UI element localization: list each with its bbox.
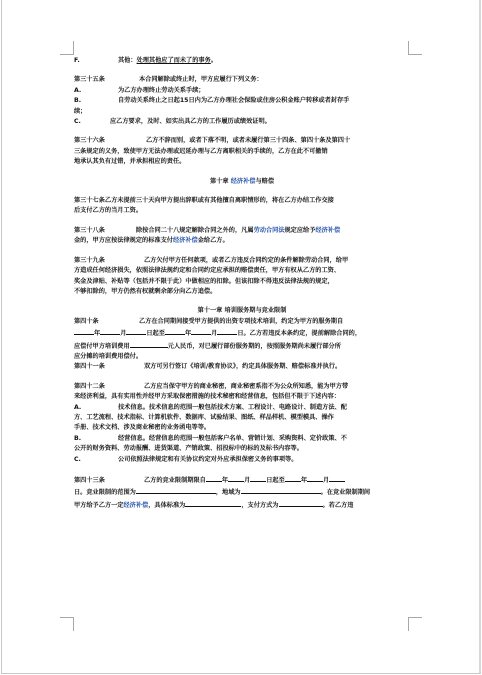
blank-field-month[interactable] <box>191 327 211 335</box>
article-text-line: 金的，甲方应按法律规定的标准支付经济补偿金给乙方。 <box>74 236 410 246</box>
article-text: 乙方不辞而别，或者下落不明，或者未履行第三十四条、第四十条及第四十 <box>146 137 350 144</box>
margin-corner-mark-bottom-right <box>408 617 422 631</box>
article-text: 应偿付甲方培训费用 <box>74 343 130 350</box>
article-37: 第三十七条乙方未提前三十天向甲方提出辞职或有其他擅自离职情形的，将在乙方办结工作… <box>74 196 410 206</box>
article-title: 第三十九条 <box>74 256 144 266</box>
article-text: 。在竞业限制期间 <box>321 489 371 496</box>
label-day: 日起至 <box>146 330 165 337</box>
article-text: 双方可另行签订《培训/教育协议》，约定具体服务期、赔偿标准并执行。 <box>144 363 341 370</box>
article-text: 乙方欠付甲方任何款项，或者乙方违反合同约定的条件解除劳动合同，给甲 <box>144 257 348 264</box>
list-marker: F. <box>74 56 118 66</box>
item-text: 公司依照法律规定和有关协议约定对外应承担保密义务的事项等。 <box>118 456 297 463</box>
article-text-line: 应分摊的培训费用偿付。 <box>74 352 410 362</box>
article-text-line: 不够扣除的，甲方仍然有权就剩余部分向乙方追偿。 <box>74 287 410 297</box>
item-text: 应乙方要求，及时、如实出具乙方的工作履历或绩效证明。 <box>110 118 271 125</box>
list-item-B-cont: 续； <box>74 107 410 117</box>
article-text: 除按合同二十八规定解除合同之外的，凡属 <box>136 227 254 234</box>
document-body[interactable]: F.其他：处理其他应了而未了的事务。 第三十五条本合同解除或终止时，甲方应履行下… <box>74 56 410 511</box>
article-title: 第三十八条 <box>74 226 136 236</box>
item-text: 技术信息。技术信息的范围一般包括技术方案、工程设计、电路设计、制造方法、配 <box>118 404 347 411</box>
article-text-line: 地承认其负有过错，并承担相应的责任。 <box>74 157 410 167</box>
blank-field-day[interactable] <box>329 474 345 482</box>
heading-text: 与赔偿 <box>255 178 274 185</box>
list-item-C: C.公司依照法律规定和有关协议约定对外应承担保密义务的事项等。 <box>74 455 410 465</box>
article-text: 后支付乙方的当月工资。 <box>74 207 142 214</box>
item-text: 自劳动关系终止之日起15日内为乙方办理社会保险或住房公积金账户转移或者封存手 <box>118 97 349 104</box>
hyperlink-economic-compensation[interactable]: 经济补偿 <box>124 502 149 509</box>
article-43: 第四十三条乙方的竞业限制期限自年月日起至年月 <box>74 474 410 486</box>
article-41: 第四十一条双方可另行签订《培训/教育协议》，约定具体服务期、赔偿标准并执行。 <box>74 362 410 372</box>
article-36: 第三十六条乙方不辞而别，或者下落不明，或者未履行第三十四条、第四十条及第四十 <box>74 136 410 146</box>
list-marker: C. <box>74 455 118 465</box>
item-text: 公开的财务资料、劳动报酬、进货渠道、产销政策、招投标中的标的及标书内容等。 <box>74 445 303 452</box>
article-text: 元人民币，对已履行部份服务期的，按照服务期尚未履行部分所 <box>168 343 341 350</box>
list-item-F: F.其他：处理其他应了而未了的事务。 <box>74 56 410 66</box>
article-text: 乙方在合同期间接受甲方提供的出资专项技术培训，约定为甲方的服务期自 <box>139 318 343 325</box>
list-marker: B. <box>74 434 118 444</box>
hyperlink-labor-contract-law[interactable]: 劳动合同法 <box>254 227 285 234</box>
hyperlink-economic-compensation[interactable]: 经济补偿 <box>173 237 198 244</box>
article-text: 规定应给予 <box>285 227 316 234</box>
list-marker: B. <box>74 96 118 106</box>
article-title: 第三十五条 <box>74 75 139 85</box>
blank-field-scope[interactable] <box>136 486 216 494</box>
article-text: 方造成任何经济损失，依照法律法规约定和合同约定应承担的赔偿责任，甲方有权从乙方的… <box>74 267 340 274</box>
item-text-line: 手册、技术文档、涉及商业秘密的业务函电等等。 <box>74 423 410 433</box>
article-title: 第三十六条 <box>74 136 146 146</box>
blank-field-training-fee[interactable] <box>130 340 168 348</box>
article-text: ，地域为 <box>216 489 241 496</box>
list-marker: A. <box>74 403 118 413</box>
article-text: ，具体标准为 <box>148 502 185 509</box>
item-text-line: 方、工艺流程、技术指标、计算机软件、数据库、试验结果、图纸、样品样机、模型模具、… <box>74 413 410 423</box>
chapter-heading-10: 第十章 经济补偿与赔偿 <box>74 177 410 187</box>
article-text: 来经济利益，具有实用性并经甲方采取保密措施的技术秘密和经营信息，包括但不限于下述… <box>74 393 340 400</box>
blank-field-standard[interactable] <box>185 499 241 507</box>
page-edge-right <box>479 0 481 674</box>
article-text: 不够扣除的，甲方仍然有权就剩余部分向乙方追偿。 <box>74 288 216 295</box>
article-text: 第三十七条乙方未提前三十天向甲方提出辞职或有其他擅自离职情形的，将在乙方办结工作… <box>74 197 334 204</box>
article-35: 第三十五条本合同解除或终止时，甲方应履行下列义务： <box>74 75 410 85</box>
article-39: 第三十九条乙方欠付甲方任何款项，或者乙方违反合同约定的条件解除劳动合同，给甲 <box>74 256 410 266</box>
blank-field-year[interactable] <box>206 474 222 482</box>
list-marker: C. <box>74 117 110 127</box>
article-text: 金给乙方。 <box>198 237 229 244</box>
article-text: 应分摊的培训费用偿付。 <box>74 353 142 360</box>
article-text: 甲方给予乙方一定 <box>74 502 124 509</box>
blank-field-month[interactable] <box>307 474 323 482</box>
item-suffix: 。 <box>211 57 217 64</box>
article-38: 第三十八条除按合同二十八规定解除合同之外的，凡属劳动合同法规定应给予经济补偿 <box>74 226 410 236</box>
article-text-line: 日。竞业限制的范围为，地域为。在竞业限制期间 <box>74 486 410 498</box>
blank-field-month[interactable] <box>228 474 244 482</box>
blank-field-region[interactable] <box>241 486 321 494</box>
item-text: 为乙方办理终止劳动关系手续； <box>118 87 205 94</box>
list-item-B: B.经营信息。经营信息的范围一般包括客户名单、营销计划、采购资料、定价政策、不 <box>74 434 410 444</box>
article-text-line: 来经济利益，具有实用性并经甲方采取保密措施的技术秘密和经营信息，包括但不限于下述… <box>74 392 410 402</box>
article-42: 第四十二条乙方应当保守甲方的商业秘密，商业秘密系指不为公众所知悉，能为甲方带 <box>74 382 410 392</box>
item-text: 方、工艺流程、技术指标、计算机软件、数据库、试验结果、图纸、样品样机、模型模具、… <box>74 414 334 421</box>
blank-field-year[interactable] <box>74 327 94 335</box>
article-text: 乙方的竞业限制期限自 <box>144 477 206 484</box>
blank-field-year[interactable] <box>285 474 301 482</box>
list-marker: A. <box>74 86 118 96</box>
blank-field-month[interactable] <box>100 327 120 335</box>
article-text: 日。竞业限制的范围为 <box>74 489 136 496</box>
item-text-line: 公开的财务资料、劳动报酬、进货渠道、产销政策、招投标中的标的及标书内容等。 <box>74 444 410 454</box>
item-text: 经营信息。经营信息的范围一般包括客户名单、营销计划、采购资料、定价政策、不 <box>118 435 347 442</box>
article-title: 第四十一条 <box>74 362 144 372</box>
article-title: 第四十三条 <box>74 476 144 486</box>
item-prefix: 其他： <box>118 57 137 64</box>
article-40: 第四十条乙方在合同期间接受甲方提供的出资专项技术培训，约定为甲方的服务期自 <box>74 317 410 327</box>
hyperlink-economic-compensation[interactable]: 经济补偿 <box>315 227 340 234</box>
margin-corner-mark-top-right <box>408 41 422 55</box>
blank-field-day[interactable] <box>250 474 266 482</box>
article-text-line: 奖金及津贴、补贴等（包括并不限于此）中做相应的扣除。但该扣除不得违反法律法规的规… <box>74 277 410 287</box>
page-edge-left <box>1 0 2 674</box>
blank-field-payment-method[interactable] <box>279 499 323 507</box>
list-item-A: A.技术信息。技术信息的范围一般包括技术方案、工程设计、电路设计、制造方法、配 <box>74 403 410 413</box>
item-text: 续； <box>74 108 86 115</box>
hyperlink-economic-compensation[interactable]: 经济补偿 <box>231 178 256 185</box>
article-text: 乙方应当保守甲方的商业秘密，商业秘密系指不为公众所知悉，能为甲方带 <box>144 383 348 390</box>
item-text: 手册、技术文档、涉及商业秘密的业务函电等等。 <box>74 424 210 431</box>
article-text: 金的，甲方应按法律规定的标准支付 <box>74 237 173 244</box>
chapter-heading-11: 第十一章 培训服务期与竞业限制 <box>74 306 410 316</box>
blank-field-year[interactable] <box>165 327 185 335</box>
article-text-line: 三条规定的义务，致使甲方无法办理或迟延办理与乙方离职相关的手续的，乙方在此不可撤… <box>74 147 410 157</box>
article-text: ，支付方式为 <box>241 502 278 509</box>
article-text: 地承认其负有过错，并承担相应的责任。 <box>74 158 185 165</box>
article-text-line: 甲方给予乙方一定经济补偿，具体标准为，支付方式为。若乙方违 <box>74 499 410 511</box>
list-item-C: C.应乙方要求，及时、如实出具乙方的工作履历或绩效证明。 <box>74 117 410 127</box>
article-text-line: 后支付乙方的当月工资。 <box>74 206 410 216</box>
article-title: 第四十二条 <box>74 382 144 392</box>
article-text-line: 应偿付甲方培训费用元人民币，对已履行部份服务期的，按照服务期尚未履行部分所 <box>74 340 410 352</box>
blank-field-day[interactable] <box>126 327 146 335</box>
heading-text: 第十一章 培训服务期与竞业限制 <box>198 307 287 314</box>
list-item-B: B.自劳动关系终止之日起15日内为乙方办理社会保险或住房公积金账户转移或者封存手 <box>74 96 410 106</box>
article-text-line: 年月日起至年月日。乙方若违反本条约定，提前解除合同的， <box>74 327 410 339</box>
article-text-line: 方造成任何经济损失，依照法律法规约定和合同约定应承担的赔偿责任，甲方有权从乙方的… <box>74 266 410 276</box>
article-text: 。若乙方违 <box>323 502 354 509</box>
article-title: 第四十条 <box>74 317 139 327</box>
article-text: 日。乙方若违反本条约定，提前解除合同的， <box>237 330 361 337</box>
blank-field-day[interactable] <box>217 327 237 335</box>
label-day: 日起至 <box>266 477 285 484</box>
article-text: 奖金及津贴、补贴等（包括并不限于此）中做相应的扣除。但该扣除不得违反法律法规的规… <box>74 278 334 285</box>
list-item-A: A.为乙方办理终止劳动关系手续； <box>74 86 410 96</box>
item-text: 处理其他应了而未了的事务 <box>137 57 211 64</box>
margin-corner-mark-top-left <box>60 41 74 55</box>
heading-text: 第十章 <box>210 178 231 185</box>
page-edge-bottom <box>1 673 481 674</box>
article-text: 本合同解除或终止时，甲方应履行下列义务： <box>139 76 263 83</box>
article-text: 三条规定的义务，致使甲方无法办理或迟延办理与乙方离职相关的手续的，乙方在此不可撤… <box>74 148 328 155</box>
margin-corner-mark-bottom-left <box>60 617 74 631</box>
